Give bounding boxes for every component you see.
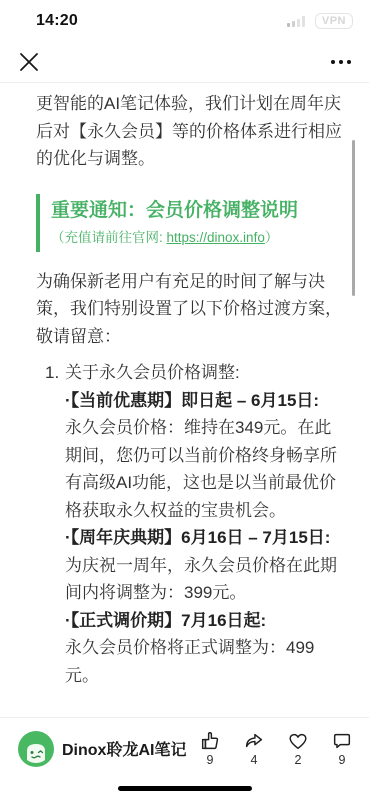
scrollbar[interactable] bbox=[352, 140, 355, 296]
comment-count: 9 bbox=[339, 753, 346, 767]
status-bar: 14:20 VPN bbox=[0, 0, 369, 42]
share-count: 4 bbox=[251, 753, 258, 767]
like-count: 9 bbox=[207, 753, 214, 767]
footer-bar: Dinox聆龙AI笔记 9 4 2 9 bbox=[0, 717, 369, 779]
bullet-current-period-header: ·【当前优惠期】即日起 – 6月15日: bbox=[65, 387, 343, 415]
cellular-signal-icon bbox=[287, 16, 305, 27]
bullet-anniversary-period-header: ·【周年庆典期】6月16日 – 7月15日: bbox=[65, 524, 343, 552]
share-icon bbox=[243, 730, 265, 752]
favorite-count: 2 bbox=[295, 753, 302, 767]
bullet-current-period-body: 永久会员价格：维持在349元。在此期间，您仍可以当前价格终身畅享所有高级AI功能… bbox=[65, 414, 343, 524]
share-button[interactable]: 4 bbox=[241, 730, 267, 767]
bullet-official-period-header: ·【正式调价期】7月16日起: bbox=[65, 607, 343, 635]
close-icon[interactable] bbox=[18, 51, 40, 73]
notice-title: 重要通知：会员价格调整说明 bbox=[51, 197, 343, 224]
favorite-button[interactable]: 2 bbox=[285, 730, 311, 767]
article-body: 更智能的AI笔记体验，我们计划在周年庆后对【永久会员】等的价格体系进行相应的优化… bbox=[0, 83, 369, 717]
account-link[interactable]: Dinox聆龙AI笔记 bbox=[18, 731, 197, 767]
paragraph-intro: 更智能的AI笔记体验，我们计划在周年庆后对【永久会员】等的价格体系进行相应的优化… bbox=[36, 90, 343, 173]
list-item-title: 关于永久会员价格调整: bbox=[65, 359, 343, 387]
notice-sub-prefix: （充值请前往官网: bbox=[51, 230, 167, 245]
price-adjustment-list: 1. 关于永久会员价格调整: ·【当前优惠期】即日起 – 6月15日: 永久会员… bbox=[36, 359, 343, 689]
comment-button[interactable]: 9 bbox=[329, 730, 355, 767]
official-site-link[interactable]: https://dinox.info bbox=[167, 230, 265, 245]
like-button[interactable]: 9 bbox=[197, 730, 223, 767]
bullet-anniversary-period-body: 为庆祝一周年，永久会员价格在此期间内将调整为：399元。 bbox=[65, 552, 343, 607]
action-bar: 9 4 2 9 bbox=[197, 730, 355, 767]
nav-bar bbox=[0, 42, 369, 83]
notice-sub-suffix: ） bbox=[265, 230, 279, 245]
thumbs-up-icon bbox=[199, 730, 221, 752]
vpn-badge: VPN bbox=[315, 13, 353, 29]
status-time: 14:20 bbox=[36, 12, 78, 30]
dinox-avatar bbox=[18, 731, 54, 767]
list-number: 1. bbox=[36, 359, 65, 689]
account-name: Dinox聆龙AI笔记 bbox=[62, 737, 186, 760]
notice-subtitle: （充值请前往官网: https://dinox.info） bbox=[51, 226, 343, 249]
paragraph-transition-plan: 为确保新老用户有充足的时间了解与决策，我们特别设置了以下价格过渡方案，敬请留意： bbox=[36, 268, 343, 351]
comment-icon bbox=[331, 730, 353, 752]
home-indicator[interactable] bbox=[118, 786, 252, 791]
more-options-icon[interactable] bbox=[331, 54, 351, 70]
heart-icon bbox=[287, 730, 309, 752]
notice-block: 重要通知：会员价格调整说明 （充值请前往官网: https://dinox.in… bbox=[36, 194, 343, 252]
bullet-official-period-body: 永久会员价格将正式调整为：499元。 bbox=[65, 634, 343, 689]
